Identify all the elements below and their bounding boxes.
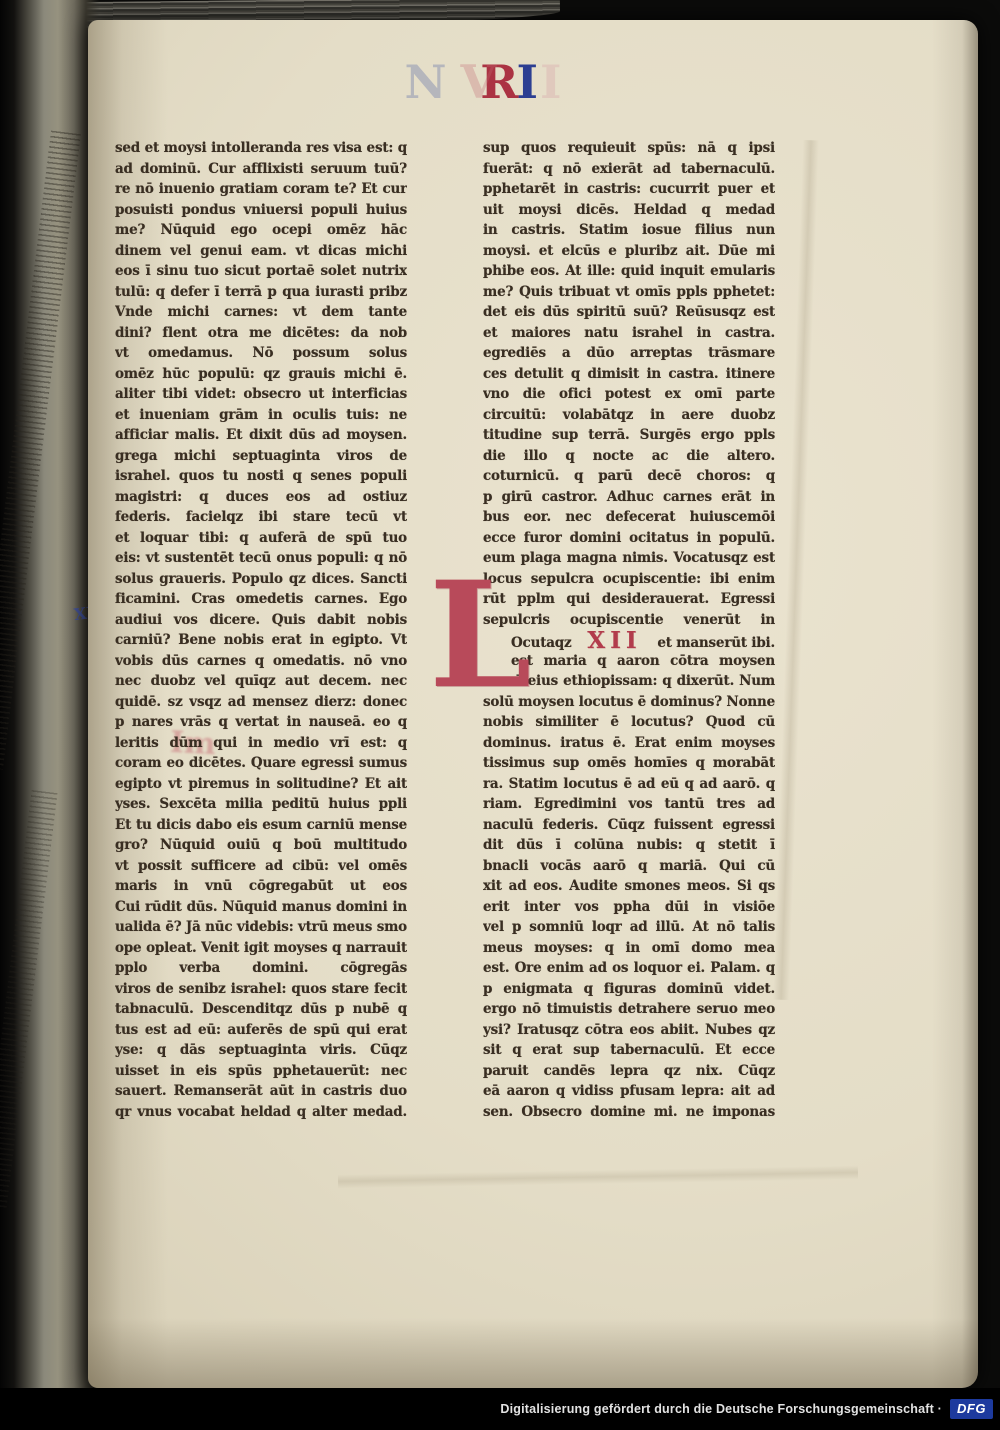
text-line: et inueniam grām in oculis tuis: ne tant… xyxy=(115,405,407,426)
text-line: magistri: q duces eos ad ostiuz tabnacul… xyxy=(115,487,407,508)
text-line: riam. Egredimini vos tantū tres ad taber xyxy=(483,794,775,815)
text-line: dini? flent otra me dicētes: da nob carn… xyxy=(115,323,407,344)
text-line: sup quos requieuit spūs: nā q ipsi descr… xyxy=(483,138,775,159)
text-line: uisset in eis spūs pphetauerūt: nec vltr… xyxy=(115,1061,407,1082)
text-line: nec duobz vel quīqz aut decem. nec vigin… xyxy=(115,671,407,692)
text-line: ra. Statim locutus ē ad eū q ad aarō. q … xyxy=(483,774,775,795)
text-line: posuisti pondus vniuersi populi huius su… xyxy=(115,200,407,221)
text-line: vt omedamus. Nō possum solus sustinere xyxy=(115,343,407,364)
text-line: p girū castror. Adhuc carnes erāt in dēt… xyxy=(483,487,775,508)
text-line: afficiar malis. Et dixit dūs ad moysen. … xyxy=(115,425,407,446)
text-line: tulū: q defer ī terrā p qua iurasti prib… xyxy=(115,282,407,303)
parchment-crease xyxy=(773,140,819,1000)
manuscript-page: NVRII Im sed et moysi intolleranda res v… xyxy=(88,20,978,1388)
text-line: coturnicū. q parū decē choros: q siccaue… xyxy=(483,466,775,487)
text-line: egipto vt piremus in solitudine? Et ait … xyxy=(115,774,407,795)
text-line: phibe eos. At ille: quid inquit emularis… xyxy=(483,261,775,282)
text-line: circuitū: volabātqz in aere duobz cubiti… xyxy=(483,405,775,426)
chapter-word-after: et manserūt ibi. xyxy=(657,633,775,651)
text-line: qr vnus vocabat heldad q alter medad. xyxy=(115,1102,407,1123)
text-line: ergo nō timuistis detrahere seruo meo mo xyxy=(483,999,775,1020)
text-line: naculū federis. Cūqz fuissent egressi de… xyxy=(483,815,775,836)
parchment-crease xyxy=(338,1165,858,1188)
text-line: pplo verba domini. cōgregās septuaginta xyxy=(115,958,407,979)
running-title-ghost-letter: V xyxy=(461,54,497,110)
text-line: federis. facielqz ibi stare tecū vt desc… xyxy=(115,507,407,528)
running-title-ghost-letter: I xyxy=(540,54,562,110)
text-line: vel p somniū loqr ad illū. At nō talis s… xyxy=(483,917,775,938)
text-line: tissimus sup omēs homīes q morabāt in te… xyxy=(483,753,775,774)
text-line: sauert. Remanserāt aūt in castris duo vi… xyxy=(115,1081,407,1102)
text-line: maris in vnū cōgregabūt ut eos sacient? xyxy=(115,876,407,897)
text-line: Vnde michi carnes: vt dem tante multitu xyxy=(115,302,407,323)
running-title: NVRII xyxy=(343,54,623,112)
text-line: ecce furor domini ocitatus in populū. pc… xyxy=(483,528,775,549)
text-line: sit q erat sup tabernaculū. Et ecce mari… xyxy=(483,1040,775,1061)
text-line: vobis dūs carnes q omedatis. nō vno die xyxy=(115,651,407,672)
book-gutter: XI xyxy=(0,0,100,1392)
text-line: est. Ore enim ad os loquor ei. Palam. q … xyxy=(483,958,775,979)
text-column-right: L sup quos requieuit spūs: nā q ipsi des… xyxy=(483,138,775,1122)
text-line: titudine sup terrā. Surgēs ergo ppls tot… xyxy=(483,425,775,446)
manuscript-scan: XI NVRII Im sed et moysi intolleranda re… xyxy=(0,0,1000,1430)
text-line: bnacli vocās aarō q mariā. Qui cū issent… xyxy=(483,856,775,877)
text-line: vt possit sufficere ad cibū: vel omēs pi… xyxy=(115,856,407,877)
digitization-credit-bar: Digitalisierung gefördert durch die Deut… xyxy=(0,1388,1000,1430)
text-line: p enigmata q figuras dominū videt. Quare xyxy=(483,979,775,1000)
text-line: audiui vos dicere. Quis dabit nobis esca… xyxy=(115,610,407,631)
text-line: vno die ofici potest ex omī parte castro… xyxy=(483,384,775,405)
text-line: in castris. Statim iosue filius nun mini… xyxy=(483,220,775,241)
text-line: israhel. quos tu nosti q senes populi si… xyxy=(115,466,407,487)
text-line: grega michi septuaginta viros de senibus xyxy=(115,446,407,467)
text-line: p nares vrās q vertat in nauseā. eo q re… xyxy=(115,712,407,733)
gutter-showthrough-text xyxy=(0,131,81,770)
text-line: aliter tibi videt: obsecro ut interficia… xyxy=(115,384,407,405)
text-line: sed et moysi intolleranda res visa est: … xyxy=(115,138,407,159)
gutter-showthrough-text xyxy=(0,790,57,1210)
text-line: re nō inuenio gratiam coram te? Et cur i… xyxy=(115,179,407,200)
text-line: ficamini. Cras omedetis carnes. Ego enim xyxy=(115,589,407,610)
text-line: gro? Nūquid ouiū q boū multitudo cedet: xyxy=(115,835,407,856)
text-line: die illo q nocte ac die altero. ogregaue… xyxy=(483,446,775,467)
text-line: viros de senibz israhel: quos stare feci… xyxy=(115,979,407,1000)
text-column-left: sed et moysi intolleranda res visa est: … xyxy=(115,138,407,1122)
text-line: et loquar tibi: q auferā de spū tuo trad… xyxy=(115,528,407,549)
text-line: det eis dūs spiritū suū? Reūsusqz est mo… xyxy=(483,302,775,323)
dfg-logo: DFG xyxy=(950,1399,993,1419)
text-line: eā aaron q vidiss pfusam lepra: ait ad m… xyxy=(483,1081,775,1102)
text-line: yses. Sexcēta milia peditū huius ppli su… xyxy=(115,794,407,815)
text-line: ualida ē? Jā nūc videbis: vtrū meus smo xyxy=(115,917,407,938)
chapter-heading-line: Ocutaqz XII et manserūt ibi. xyxy=(511,630,775,651)
text-line: ad dominū. Cur afflixisti seruum tuū? Qu… xyxy=(115,159,407,180)
text-line: erit inter vos ppha dūi in visiōe appare… xyxy=(483,897,775,918)
text-line: dit dūs ī colūna nubis: q stetit ī intro… xyxy=(483,835,775,856)
text-line: uit moysi dicēs. Heldad q medad pphetāt xyxy=(483,200,775,221)
chapter-initial-L: L xyxy=(429,584,503,690)
text-line: paruit candēs lepra qz nix. Cūqz respexi… xyxy=(483,1061,775,1082)
text-line: ysi? Iratusqz cōtra eos abiit. Nubes qz … xyxy=(483,1020,775,1041)
text-line: eos ī sinu tuo sicut portaē solet nutrix… xyxy=(115,261,407,282)
text-line: leritis dūm qui in medio vrī est: q fleu… xyxy=(115,733,407,754)
text-line: bus eor. nec defecerat huiuscemōi cibus:… xyxy=(483,507,775,528)
text-line: meus moyses: q in omī domo mea fidelissm… xyxy=(483,938,775,959)
text-line: Et tu dicis dabo eis esum carniū mense i… xyxy=(115,815,407,836)
text-line: tabnaculū. Descenditqz dūs p nubē q locu xyxy=(115,999,407,1020)
text-line: Cui rūdit dūs. Nūquid manus domini in xyxy=(115,897,407,918)
text-line: egrediēs a dūo arreptas trāsmare coturni xyxy=(483,343,775,364)
text-line: et maiores natu israhel in castra. Ventu… xyxy=(483,323,775,344)
text-line: me? Nūquid ego ocepi omēz hāc multitu xyxy=(115,220,407,241)
column-lines-lower: vxorē eius ethiopissam: q dixerūt. Num p… xyxy=(483,671,775,1122)
text-line: dominus. iratus ē. Erat enim moyses vir … xyxy=(483,733,775,754)
text-line: fuerāt: q nō exierāt ad tabernaculū. Cūq… xyxy=(483,159,775,180)
text-line: moysi. et elcūs e pluribz ait. Dūe mi mo… xyxy=(483,241,775,262)
running-title-letter-blue: I xyxy=(516,54,538,110)
text-line: pphetarēt in castris: cucurrit puer et n… xyxy=(483,179,775,200)
running-title-ghost-letter: N xyxy=(404,54,446,110)
chapter-number: XII xyxy=(587,631,641,651)
text-line: xit ad eos. Audite smones meos. Si qs fu xyxy=(483,876,775,897)
text-line: me? Quis tribuat vt omīs ppls pphetet: e… xyxy=(483,282,775,303)
text-line: dinem vel genui eam. vt dicas michi port… xyxy=(115,241,407,262)
text-line: quidē. sz vsqz ad mensez dierz: donec ex… xyxy=(115,692,407,713)
text-line: sen. Obsecro domine mi. ne imponas nobis xyxy=(483,1102,775,1123)
text-line: eis: vt sustentēt tecū onus populi: q nō… xyxy=(115,548,407,569)
text-line: carniū? Bene nobis erat in egipto. Vt de… xyxy=(115,630,407,651)
text-line: tus est ad eū: auferēs de spū qui erat i… xyxy=(115,1020,407,1041)
text-line: ope opleat. Venit igit moyses q narrauit xyxy=(115,938,407,959)
text-line: yse: q dās septuaginta viris. Cūqz requi… xyxy=(115,1040,407,1061)
credit-text: Digitalisierung gefördert durch die Deut… xyxy=(500,1402,942,1416)
text-line: est maria q aaron cōtra moysen ppter xyxy=(511,651,775,672)
text-line: coram eo dicētes. Quare egressi sumus ex xyxy=(115,753,407,774)
text-line: ces detulit q dimisit in castra. itinere… xyxy=(483,364,775,385)
text-line: solus graueris. Populo qz dices. Sancti xyxy=(115,569,407,590)
text-line: omēz hūc populū: qz grauis michi ē. Sin xyxy=(115,364,407,385)
